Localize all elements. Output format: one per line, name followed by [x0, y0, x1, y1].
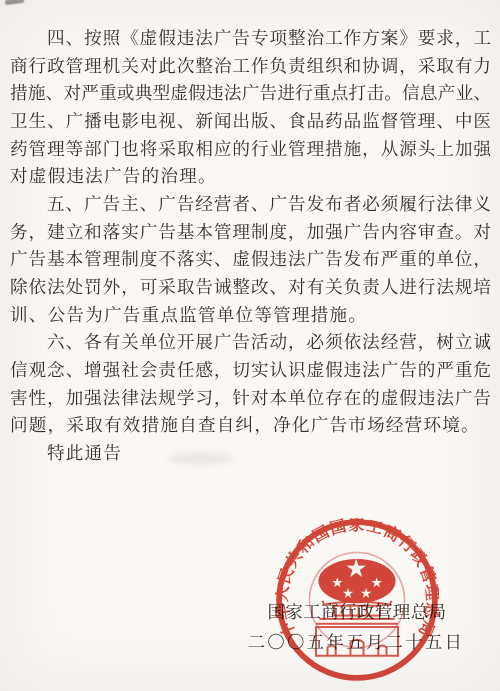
official-seal: 中华人民共和国国家工商行政管理总局	[275, 518, 439, 682]
text-line: 五、广告主、广告经营者、广告发布者必须履行法律义	[10, 191, 491, 219]
text-line: 卫生、广播电影电视、新闻出版、食品药品监督管理、中医	[10, 108, 491, 136]
text-line: 除依法处罚外，可采取告诫整改、对有关负责人进行法规培	[10, 274, 491, 302]
text-line: 害性，加强法律法规学习，针对本单位存在的虚假违法广告	[10, 385, 491, 413]
text-line: 务，建立和落实广告基本管理制度，加强广告内容审查。对	[10, 219, 491, 247]
text-line: 训、公告为广告重点监管单位等管理措施。	[10, 302, 491, 330]
closing-phrase: 特此通告	[10, 440, 491, 468]
national-emblem-icon	[309, 552, 404, 655]
text-line: 药管理等部门也将采取相应的行业管理措施，从源头上加强	[10, 136, 491, 164]
text-line: 六、各有关单位开展广告活动，必须依法经营，树立诚	[10, 329, 491, 357]
text-line: 广告基本管理制度不落实、虚假违法广告发布严重的单位，	[10, 246, 491, 274]
text-line: 信观念、增强社会责任感，切实认识虚假违法广告的严重危	[10, 357, 491, 385]
text-line: 问题，采取有效措施自查自纠，净化广告市场经营环境。	[10, 412, 491, 440]
document-body: 四、按照《虚假违法广告专项整治工作方案》要求，工 商行政管理机关对此次整治工作负…	[10, 25, 491, 468]
scan-artifact-corner	[5, 0, 24, 5]
text-line: 四、按照《虚假违法广告专项整治工作方案》要求，工	[10, 25, 491, 53]
text-line: 商行政管理机关对此次整治工作负责组织和协调，采取有力	[10, 53, 491, 81]
scanned-document-page: 四、按照《虚假违法广告专项整治工作方案》要求，工 商行政管理机关对此次整治工作负…	[0, 0, 500, 691]
text-line: 对虚假违法广告的治理。	[10, 163, 491, 191]
text-line: 措施、对严重或典型虚假违法广告进行重点打击。信息产业、	[10, 80, 491, 108]
